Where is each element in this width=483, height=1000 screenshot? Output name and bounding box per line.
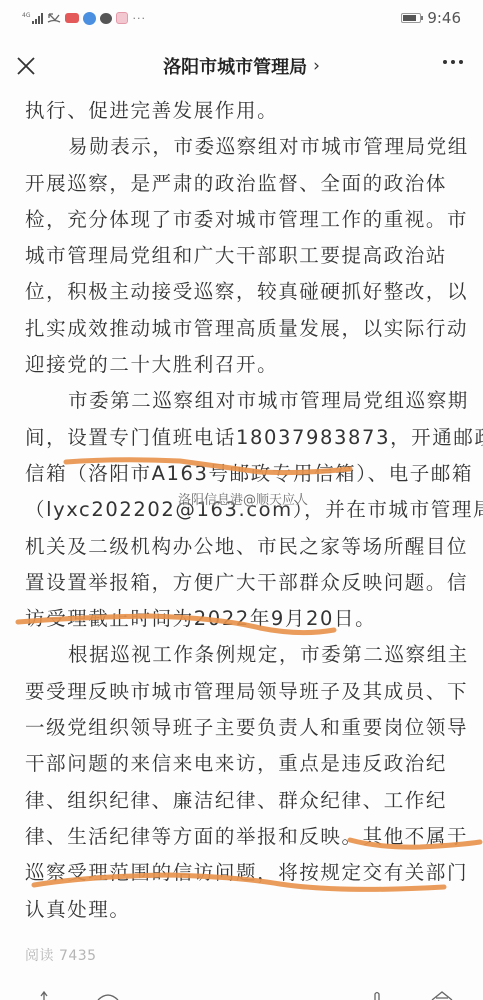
- bottom-action-bar: [0, 990, 483, 1000]
- article-line: 干部问题的来信来电来访，重点是违反政治纪: [25, 746, 461, 782]
- like-icon[interactable]: [370, 990, 384, 1000]
- article-line: 检，充分体现了市委对城市管理工作的重视。市: [25, 202, 461, 238]
- article-line: 认真处理。: [25, 892, 461, 928]
- article-line: 间，设置专门值班电话18037983873，开通邮政: [25, 420, 461, 456]
- article-line: 迎接党的二十大胜利召开。: [25, 347, 461, 383]
- article-line: 一级党组织领导班子主要负责人和重要岗位领导: [25, 710, 461, 746]
- clock: 9:46: [427, 9, 461, 27]
- status-notifications: 4G ···: [22, 12, 146, 25]
- wow-icon[interactable]: [430, 990, 454, 1000]
- chat-icon: [100, 13, 112, 24]
- signal-icon: 4G: [22, 13, 43, 24]
- article-line: 巡察受理范围的信访问题，将按规定交有关部门: [25, 855, 461, 891]
- article-line: 根据巡视工作条例规定，市委第二巡察组主: [25, 637, 461, 673]
- favorite-icon[interactable]: [96, 990, 120, 1000]
- missed-call-icon: [47, 12, 61, 24]
- watermark: 洛阳信息港@顺天应人: [178, 489, 308, 508]
- close-icon[interactable]: [14, 54, 38, 78]
- read-count: 阅读 7435: [25, 945, 97, 965]
- more-notifications-icon: ···: [132, 12, 146, 25]
- article-line: 市委第二巡察组对市城市管理局党组巡察期: [25, 383, 461, 419]
- network-type: 4G: [22, 13, 30, 19]
- status-bar: 4G ··· 9:46: [0, 0, 483, 36]
- article-line: 机关及二级机构办公地、市民之家等场所醒目位: [25, 529, 461, 565]
- article-line: 易勋表示，市委巡察组对市城市管理局党组: [25, 129, 461, 165]
- more-icon[interactable]: [443, 60, 463, 64]
- article-line: 信箱（洛阳市A163号邮政专用信箱）、电子邮箱: [25, 456, 461, 492]
- nav-bar: 洛阳市城市管理局 ›: [0, 40, 483, 92]
- mail-icon: [65, 13, 79, 23]
- article-line: 执行、促进完善发展作用。: [25, 93, 461, 129]
- article-line: 开展巡察，是严肃的政治监督、全面的政治体: [25, 166, 461, 202]
- article-line: 律、组织纪律、廉洁纪律、群众纪律、工作纪: [25, 783, 461, 819]
- chevron-right-icon: ›: [313, 56, 320, 76]
- account-title-link[interactable]: 洛阳市城市管理局 ›: [163, 53, 320, 79]
- page-title: 洛阳市城市管理局: [163, 53, 307, 79]
- app-icon: [83, 12, 96, 25]
- share-icon[interactable]: [36, 990, 52, 1000]
- article-line: 扎实成效推动城市管理高质量发展，以实际行动: [25, 311, 461, 347]
- battery-icon: [401, 13, 421, 23]
- article-body: 执行、促进完善发展作用。 易勋表示，市委巡察组对市城市管理局党组 开展巡察，是严…: [25, 93, 461, 928]
- article-line: 律、生活纪律等方面的举报和反映。其他不属于: [25, 819, 461, 855]
- status-system: 9:46: [401, 9, 461, 27]
- article-line: 要受理反映市城市管理局领导班子及其成员、下: [25, 674, 461, 710]
- article-line: 城市管理局党组和广大干部职工要提高政治站: [25, 238, 461, 274]
- app-icon: [116, 12, 128, 24]
- article-line: 置设置举报箱，方便广大干部群众反映问题。信: [25, 565, 461, 601]
- article-line: 访受理截止时间为2022年9月20日。: [25, 601, 461, 637]
- article-line: 位，积极主动接受巡察，较真碰硬抓好整改，以: [25, 274, 461, 310]
